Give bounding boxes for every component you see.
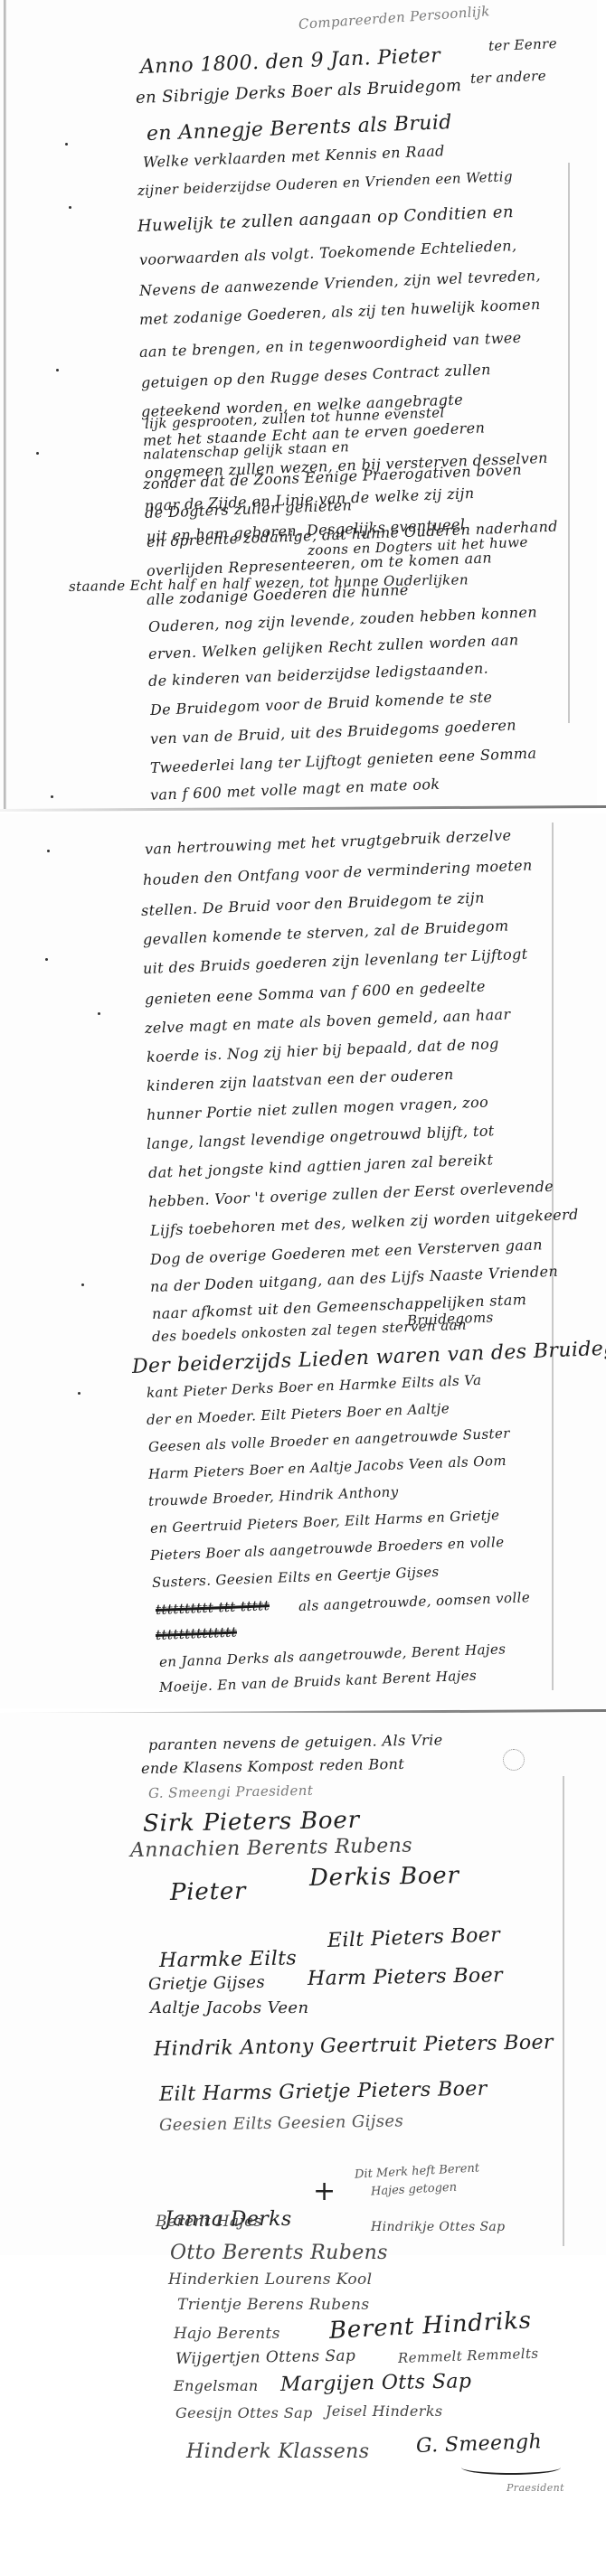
text-line: van f 600 met volle magt en mate ook: [150, 776, 440, 804]
text-line: Pieters Boer als aangetrouwde Broeders e…: [150, 1534, 505, 1564]
mark-note: Hajes getogen: [371, 2181, 458, 2199]
page-edge-right: [563, 1776, 564, 2246]
signature: Hinderk Klassens: [186, 2440, 369, 2463]
cross-mark-icon: +: [313, 2176, 336, 2207]
text-line: trouwde Broeder, Hindrik Anthony: [148, 1483, 399, 1509]
page-fragment-3: paranten nevens de getuigen. Als Vrie en…: [0, 1713, 606, 2255]
text-line: dat het jongste kind agttien jaren zal b…: [148, 1151, 494, 1181]
scan-speck: [45, 958, 48, 961]
struck-text-line: tttttttttt ttt ttttt: [156, 1597, 270, 1618]
text-line: houden den Ontfang voor de vermindering …: [143, 856, 533, 888]
signature: Hinderkien Lourens Kool: [168, 2270, 373, 2289]
signature: Sirk Pieters Boer: [143, 1807, 360, 1838]
text-line: getuigen op den Rugge deses Contract zul…: [141, 361, 491, 391]
signature: Wijgertjen Ottens Sap: [175, 2347, 356, 2368]
text-line: Ouderen, nog zijn levende, zouden hebben…: [148, 603, 538, 635]
text-line: Anno 1800. den 9 Jan. Pieter: [140, 44, 441, 79]
text-line: uit des Bruids goederen zijn levenlang t…: [143, 945, 528, 977]
text-line: Lijfs toebehoren met des, welken zij wor…: [150, 1206, 579, 1239]
text-line: kinderen zijn laatstvan een der ouderen: [147, 1066, 454, 1095]
signature: Geesien Eilts Geesien Gijses: [159, 2111, 404, 2135]
page-edge-right: [552, 823, 554, 1690]
text-line: G. Smeengi Praesident: [148, 1782, 314, 1801]
stamp-mark: [503, 1749, 525, 1771]
signature: Otto Berents Rubens: [170, 2242, 388, 2264]
signature: Geesijn Ottes Sap: [175, 2404, 313, 2421]
text-line: met zodanige Goederen, als zij ten huwel…: [139, 296, 541, 328]
mark-note: Dit Merk heft Berent: [355, 2161, 480, 2181]
text-line: van hertrouwing met het vrugtgebruik der…: [145, 826, 512, 858]
text-line: Moeije. En van de Bruids kant Berent Haj…: [159, 1668, 478, 1696]
text-line: als aangetrouwde, oomsen volle: [298, 1589, 531, 1614]
text-line: koerde is. Nog zij hier bij bepaald, dat…: [147, 1035, 499, 1066]
text-line: Harm Pieters Boer en Aaltje Jacobs Veen …: [148, 1453, 507, 1482]
text-line: Dog de overige Goederen met een Versterv…: [150, 1236, 544, 1268]
scan-speck: [81, 1283, 84, 1286]
scan-speck: [36, 452, 39, 455]
text-line: genieten eene Somma van f 600 en gedeelt…: [145, 978, 486, 1008]
text-line: erven. Welken gelijken Recht zullen word…: [148, 631, 519, 663]
text-line: en Geertruid Pieters Boer, Eilt Harms en…: [150, 1507, 500, 1537]
text-line: aan te brengen, en in tegenwoordigheid v…: [139, 329, 522, 361]
text-line: de kinderen van beiderzijdse ledigstaand…: [148, 660, 489, 690]
scan-speck: [56, 369, 59, 371]
text-line: Susters. Geesien Eilts en Geertje Gijses: [152, 1564, 440, 1591]
scan-speck: [69, 206, 71, 209]
scan-speck: [98, 1012, 100, 1015]
signature: Engelsman: [174, 2377, 259, 2394]
signature: G. Smeengh: [416, 2430, 543, 2458]
scan-speck: [47, 850, 50, 852]
text-line: Geesen als volle Broeder en aangetrouwde…: [148, 1425, 510, 1455]
text-line: ter Eenre: [488, 35, 558, 54]
scanned-document: Compareerden Persoonlijk Anno 1800. den …: [0, 0, 606, 2576]
text-line: en Janna Derks als aangetrouwde, Berent …: [159, 1641, 507, 1670]
signature: Hajo Berents: [174, 2325, 280, 2343]
text-line: ende Klasens Kompost reden Bont: [141, 1755, 404, 1777]
text-line: der en Moeder. Eilt Pieters Boer en Aalt…: [147, 1400, 450, 1428]
signature: Harm Pieters Boer: [308, 1964, 503, 1990]
text-line: Tweederlei lang ter Lijftogt genieten ee…: [150, 745, 537, 776]
signature: Eilt Harms Grietje Pieters Boer: [159, 2078, 488, 2106]
text-line: en Annegje Berents als Bruid: [147, 111, 453, 146]
text-line: Huwelijk te zullen aangaan op Conditien …: [137, 202, 515, 236]
signature: Harmke Eilts: [159, 1947, 298, 1972]
text-line: Nevens de aanwezende Vrienden, zijn wel …: [139, 267, 542, 299]
signature: Annachien Berents Rubens: [130, 1835, 412, 1862]
signature: Trientje Berens Rubens: [177, 2296, 369, 2314]
page-edge-left: [4, 0, 6, 809]
scan-speck: [51, 795, 53, 798]
signature: Praesident: [507, 2482, 564, 2494]
text-line: gevallen komende te sterven, zal de Brui…: [143, 917, 509, 948]
text-line: voorwaarden als volgt. Toekomende Echtel…: [139, 237, 517, 268]
text-line: De Bruidegom voor de Bruid komende te st…: [150, 688, 493, 719]
text-line: Compareerden Persoonlijk: [298, 3, 490, 33]
signature: Hindrik Antony Geertruit Pieters Boer: [154, 2031, 554, 2061]
signature: Margijen Otts Sap: [280, 2370, 472, 2396]
signature: Hindrikje Ottes Sap: [371, 2220, 506, 2234]
signature: Aaltje Jacobs Veen: [150, 1998, 308, 2017]
signature: Eilt Pieters Boer: [327, 1923, 501, 1952]
signature-flourish: [461, 2460, 561, 2475]
page-fragment-1: Compareerden Persoonlijk Anno 1800. den …: [0, 0, 597, 809]
text-line: na der Doden uitgang, aan des Lijfs Naas…: [150, 1263, 559, 1295]
text-line: ven van de Bruid, uit des Bruidegoms goe…: [150, 716, 517, 747]
text-line: en Sibrigje Derks Boer als Bruidegom: [136, 76, 462, 108]
struck-text-line: tttttttttttttt: [156, 1624, 238, 1643]
text-line: ter andere: [470, 68, 547, 87]
text-line: zelve magt en mate als boven gemeld, aan…: [145, 1005, 511, 1037]
text-line: lange, langst levendige ongetrouwd blijf…: [147, 1122, 495, 1152]
signature: Grietje Gijses: [148, 1973, 265, 1994]
text-line: paranten nevens de getuigen. Als Vrie: [148, 1731, 443, 1753]
text-line: Bruidegoms: [407, 1309, 494, 1329]
signature: Remmelt Remmelts: [398, 2346, 539, 2366]
text-line: kant Pieter Derks Boer en Harmke Eilts a…: [147, 1372, 482, 1401]
page-edge-right: [568, 163, 570, 723]
scan-speck: [65, 143, 68, 146]
signature: Jeisel Hinderks: [326, 2402, 443, 2420]
page-fragment-2: van hertrouwing met het vrugtgebruik der…: [0, 813, 606, 1708]
text-line: stellen. De Bruid voor den Bruidegom te …: [141, 888, 485, 919]
text-line: Welke verklaarden met Kennis en Raad: [143, 142, 445, 171]
text-line: zijner beiderzijdse Ouderen en Vrienden …: [137, 168, 514, 199]
signature: Pieter: [170, 1878, 247, 1906]
scan-speck: [78, 1392, 80, 1395]
text-line: hunner Portie niet zullen mogen vragen, …: [147, 1093, 489, 1123]
text-line: hebben. Voor 't overige zullen der Eerst…: [148, 1178, 554, 1210]
signature: Berent Hajes: [156, 2213, 262, 2231]
signature: Derkis Boer: [309, 1862, 459, 1892]
